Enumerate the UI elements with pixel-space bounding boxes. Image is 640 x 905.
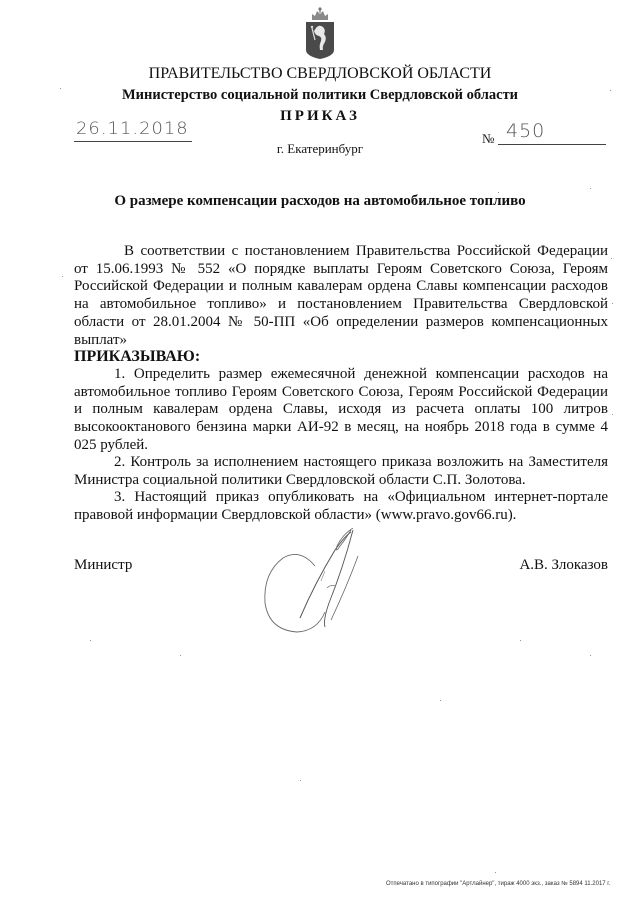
scan-speck bbox=[520, 640, 521, 641]
order-directive-heading: ПРИКАЗЫВАЮ: bbox=[74, 348, 200, 366]
coat-of-arms-icon bbox=[303, 6, 337, 60]
scan-speck bbox=[300, 780, 301, 781]
government-name: ПРАВИТЕЛЬСТВО СВЕРДЛОВСКОЙ ОБЛАСТИ bbox=[0, 65, 640, 83]
scan-speck bbox=[611, 258, 612, 259]
preamble-paragraph: В соответствии с постановлением Правител… bbox=[74, 243, 608, 349]
order-item-1: 1. Определить размер ежемесячной денежно… bbox=[74, 366, 608, 455]
order-date: 26.11.2018 bbox=[76, 119, 189, 139]
scan-speck bbox=[440, 700, 441, 701]
order-item-2: 2. Контроль за исполнением настоящего пр… bbox=[74, 454, 608, 489]
document-page: ПРАВИТЕЛЬСТВО СВЕРДЛОВСКОЙ ОБЛАСТИ Минис… bbox=[0, 0, 640, 905]
scan-speck bbox=[90, 640, 91, 641]
scan-speck bbox=[590, 655, 591, 656]
city: г. Екатеринбург bbox=[0, 141, 640, 157]
ministry-name: Министерство социальной политики Свердло… bbox=[0, 87, 640, 104]
scan-speck bbox=[590, 188, 591, 189]
order-date-field: 26.11.2018 bbox=[74, 119, 192, 142]
scan-speck bbox=[498, 192, 499, 193]
printing-note: Отпечатано в типографии "Артлайнер", тир… bbox=[386, 881, 610, 887]
scan-speck bbox=[62, 276, 63, 277]
scan-speck bbox=[612, 303, 613, 304]
handwritten-signature-icon bbox=[255, 528, 385, 643]
document-title: О размере компенсации расходов на автомо… bbox=[0, 193, 640, 210]
scan-speck bbox=[610, 90, 611, 91]
scan-speck bbox=[60, 88, 61, 89]
scan-speck bbox=[612, 414, 613, 415]
order-number: 450 bbox=[506, 120, 545, 142]
scan-speck bbox=[495, 872, 496, 873]
scan-speck bbox=[180, 655, 181, 656]
order-item-3: 3. Настоящий приказ опубликовать на «Офи… bbox=[74, 489, 608, 524]
signatory-role: Министр bbox=[74, 557, 132, 574]
signatory-name: А.В. Злоказов bbox=[519, 557, 608, 574]
